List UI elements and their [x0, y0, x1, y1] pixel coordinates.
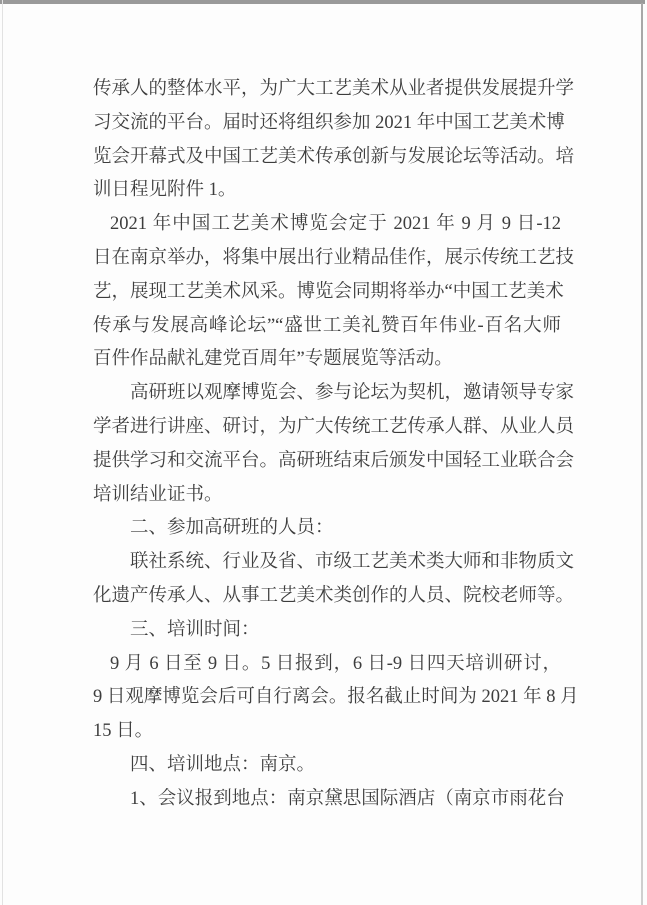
text-line: 9 月 6 日至 9 日。5 日报到，6 日-9 日四天培训研讨，	[93, 648, 561, 682]
text-line: 1、会议报到地点：南京黛思国际酒店（南京市雨花台	[93, 783, 561, 817]
text-line: 9 日观摩博览会后可自行离会。报名截止时间为 2021 年 8 月	[93, 681, 561, 715]
text-line: 2021 年中国工艺美术博览会定于 2021 年 9 月 9 日-12	[93, 208, 561, 242]
text-line: 高研班以观摩博览会、参与论坛为契机，邀请领导专家	[93, 377, 561, 411]
scan-edge-top	[0, 0, 645, 4]
text-line: 联社系统、行业及省、市级工艺美术类大师和非物质文	[93, 546, 561, 580]
scanned-document-page: { "document": { "language": "zh-CN", "ki…	[0, 0, 647, 905]
text-line: 提供学习和交流平台。高研班结束后颁发中国轻工业联合会	[93, 445, 561, 479]
text-line section-heading: 四、培训地点：南京。	[93, 749, 561, 783]
text-line: 览会开幕式及中国工艺美术传承创新与发展论坛等活动。培	[93, 141, 561, 175]
text-line: 15 日。	[93, 715, 561, 749]
text-line: 传承人的整体水平，为广大工艺美术从业者提供发展提升学	[93, 73, 561, 107]
text-line: 训日程见附件 1。	[93, 174, 561, 208]
text-line: 习交流的平台。届时还将组织参加 2021 年中国工艺美术博	[93, 107, 561, 141]
document-body: 传承人的整体水平，为广大工艺美术从业者提供发展提升学 习交流的平台。届时还将组织…	[93, 73, 561, 817]
text-line: 艺，展现工艺美术风采。博览会同期将举办“中国工艺美术	[93, 276, 561, 310]
text-line: 学者进行讲座、研讨，为广大传统工艺传承人群、从业人员	[93, 411, 561, 445]
text-line section-heading: 二、参加高研班的人员：	[93, 512, 561, 546]
text-line: 日在南京举办，将集中展出行业精品佳作，展示传统工艺技	[93, 242, 561, 276]
scan-edge-right	[641, 3, 643, 905]
scan-edge-left	[2, 0, 3, 905]
text-line section-heading: 三、培训时间：	[93, 614, 561, 648]
text-line: 化遗产传承人、从事工艺美术类创作的人员、院校老师等。	[93, 580, 561, 614]
text-line: 传承与发展高峰论坛”“盛世工美礼赞百年伟业-百名大师	[93, 310, 561, 344]
text-line: 百件作品献礼建党百周年”专题展览等活动。	[93, 343, 561, 377]
text-line: 培训结业证书。	[93, 479, 561, 513]
